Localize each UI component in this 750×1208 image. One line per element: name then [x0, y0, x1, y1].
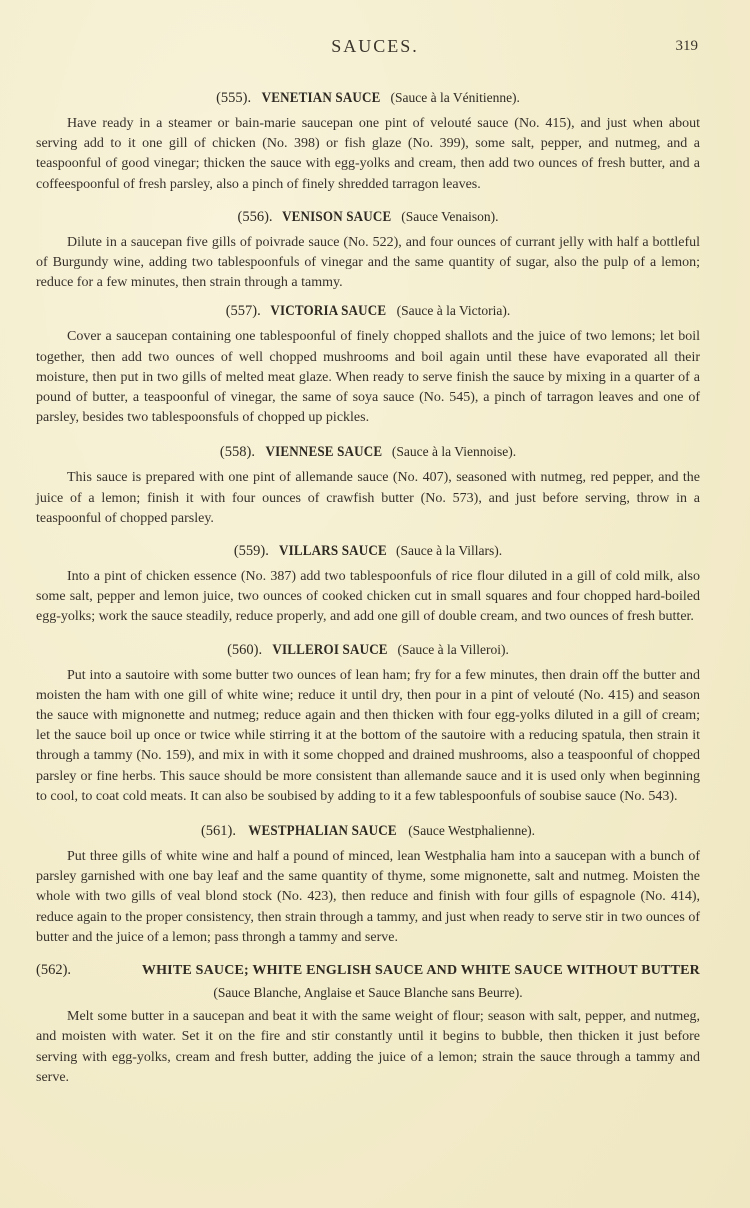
recipe-body: This sauce is prepared with one pint of … — [36, 468, 700, 529]
recipe-name: VICTORIA SAUCE — [271, 301, 387, 321]
recipe-french-name: (Sauce à la Victoria). — [397, 303, 511, 318]
recipe-heading: (559). VILLARS SAUCE (Sauce à la Villars… — [36, 541, 700, 561]
recipe-body: Put into a sautoire with some butter two… — [36, 666, 700, 807]
recipe-name: VILLARS SAUCE — [279, 541, 387, 561]
recipe-body: Cover a saucepan containing one tablespo… — [36, 327, 700, 428]
recipe-body: Put three gills of white wine and half a… — [36, 847, 700, 948]
recipe-french-name: (Sauce Westphalienne). — [408, 823, 535, 838]
recipe-french-name: (Sauce à la Vénitienne). — [390, 90, 519, 105]
running-title: SAUCES. — [0, 36, 750, 57]
recipe-556: (556). VENISON SAUCE (Sauce Venaison). D… — [36, 207, 700, 294]
recipe-number: (555). — [216, 90, 251, 106]
recipe-name: VENETIAN SAUCE — [261, 88, 380, 108]
recipe-heading: (557). VICTORIA SAUCE (Sauce à la Victor… — [36, 301, 700, 321]
recipe-name: WESTPHALIAN SAUCE — [248, 821, 396, 841]
recipe-heading: (556). VENISON SAUCE (Sauce Venaison). — [36, 207, 700, 227]
recipe-heading: (555). VENETIAN SAUCE (Sauce à la Véniti… — [36, 88, 700, 108]
recipe-number: (556). — [238, 209, 273, 225]
recipe-body: Into a pint of chicken essence (No. 387)… — [36, 567, 700, 628]
recipe-number: (558). — [220, 444, 255, 460]
recipe-name: VILLEROI SAUCE — [272, 640, 387, 660]
running-head: SAUCES. 319 — [0, 36, 750, 60]
recipe-name: WHITE SAUCE; WHITE ENGLISH SAUCE AND WHI… — [142, 961, 700, 981]
recipe-heading: (560). VILLEROI SAUCE (Sauce à la Viller… — [36, 640, 700, 660]
recipe-557: (557). VICTORIA SAUCE (Sauce à la Victor… — [36, 301, 700, 428]
recipe-558: (558). VIENNESE SAUCE (Sauce à la Vienno… — [36, 442, 700, 529]
recipe-heading: (558). VIENNESE SAUCE (Sauce à la Vienno… — [36, 442, 700, 462]
recipe-name: VENISON SAUCE — [282, 207, 391, 227]
recipe-french-name: (Sauce à la Villars). — [396, 543, 502, 558]
recipe-number: (559). — [234, 543, 269, 559]
recipe-561: (561). WESTPHALIAN SAUCE (Sauce Westphal… — [36, 821, 700, 948]
book-page: SAUCES. 319 (555). VENETIAN SAUCE (Sauce… — [0, 0, 750, 1208]
recipe-559: (559). VILLARS SAUCE (Sauce à la Villars… — [36, 541, 700, 628]
recipe-555: (555). VENETIAN SAUCE (Sauce à la Véniti… — [36, 88, 700, 195]
recipe-french-name: (Sauce à la Villeroi). — [398, 642, 509, 657]
recipe-french-name: (Sauce à la Viennoise). — [392, 444, 516, 459]
recipe-heading: (562). WHITE SAUCE; WHITE ENGLISH SAUCE … — [36, 960, 700, 981]
recipe-body: Have ready in a steamer or bain-marie sa… — [36, 114, 700, 195]
recipe-number: (561). — [201, 823, 236, 839]
recipe-body: Melt some butter in a saucepan and beat … — [36, 1007, 700, 1088]
recipe-french-name: (Sauce Venaison). — [401, 209, 498, 224]
recipe-562: (562). WHITE SAUCE; WHITE ENGLISH SAUCE … — [36, 960, 700, 1088]
recipe-number: (560). — [227, 642, 262, 658]
recipe-number: (557). — [226, 303, 261, 319]
recipe-560: (560). VILLEROI SAUCE (Sauce à la Viller… — [36, 640, 700, 807]
recipe-body: Dilute in a saucepan five gills of poivr… — [36, 233, 700, 294]
recipe-french-name: (Sauce Blanche, Anglaise et Sauce Blanch… — [36, 983, 700, 1003]
recipe-heading: (561). WESTPHALIAN SAUCE (Sauce Westphal… — [36, 821, 700, 841]
page-number: 319 — [676, 38, 699, 55]
recipe-list: (555). VENETIAN SAUCE (Sauce à la Véniti… — [36, 88, 700, 1098]
recipe-name: VIENNESE SAUCE — [265, 442, 382, 462]
recipe-number: (562). — [36, 962, 71, 978]
